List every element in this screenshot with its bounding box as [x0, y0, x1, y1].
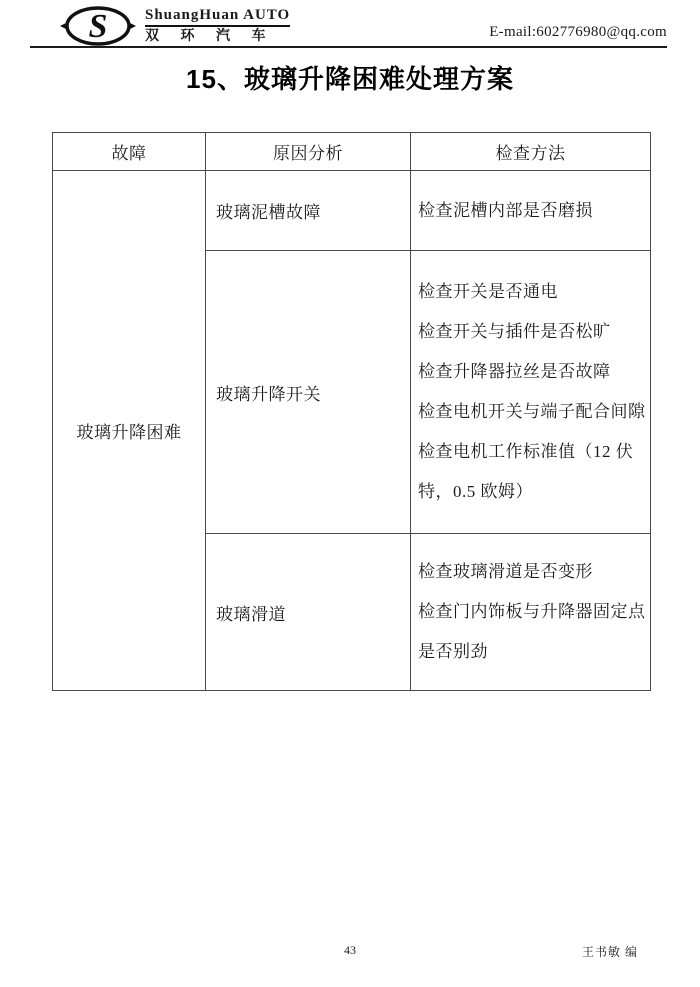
method-item: 检查开关是否通电: [418, 272, 648, 312]
cause-cell: 玻璃泥槽故障: [206, 171, 411, 251]
column-header-fault: 故障: [53, 133, 206, 171]
method-item: 检查玻璃滑道是否变形: [418, 552, 648, 592]
brand-name-english: ShuangHuan AUTO: [145, 6, 290, 27]
troubleshooting-table: 故障 原因分析 检查方法 玻璃升降困难 玻璃泥槽故障 检查泥槽内部是否磨损 玻璃…: [52, 132, 651, 691]
method-item: 检查开关与插件是否松旷: [418, 312, 648, 352]
method-cell: 检查开关是否通电 检查开关与插件是否松旷 检查升降器拉丝是否故障 检查电机开关与…: [411, 251, 651, 534]
method-item: 检查升降器拉丝是否故障: [418, 352, 648, 392]
header-divider: [30, 46, 667, 48]
brand-logo: S ShuangHuan AUTO 双 环 汽 车: [58, 5, 290, 47]
method-cell: 检查玻璃滑道是否变形 检查门内饰板与升降器固定点是否别劲: [411, 534, 651, 691]
brand-name-chinese: 双 环 汽 车: [145, 27, 290, 46]
method-item: 检查电机工作标准值（12 伏特，0.5 欧姆）: [418, 432, 648, 512]
editor-credit: 王书敏 编: [582, 943, 638, 960]
method-item: 检查门内饰板与升降器固定点是否别劲: [418, 592, 648, 672]
document-page: S ShuangHuan AUTO 双 环 汽 车 E-mail:6027769…: [0, 0, 700, 987]
table-header-row: 故障 原因分析 检查方法: [53, 133, 651, 171]
table-row: 玻璃升降困难 玻璃泥槽故障 检查泥槽内部是否磨损: [53, 171, 651, 251]
svg-text:S: S: [89, 8, 108, 45]
brand-text: ShuangHuan AUTO 双 环 汽 车: [145, 6, 290, 46]
fault-cell: 玻璃升降困难: [53, 171, 206, 691]
contact-email: E-mail:602776980@qq.com: [489, 24, 667, 41]
column-header-cause: 原因分析: [206, 133, 411, 171]
method-item: 检查电机开关与端子配合间隙: [418, 392, 648, 432]
cause-cell: 玻璃升降开关: [206, 251, 411, 534]
column-header-method: 检查方法: [411, 133, 651, 171]
shuanghuan-s-emblem-icon: S: [58, 5, 138, 47]
method-cell: 检查泥槽内部是否磨损: [411, 171, 651, 251]
page-title: 15、玻璃升降困难处理方案: [0, 59, 700, 96]
method-item: 检查泥槽内部是否磨损: [418, 191, 648, 231]
cause-cell: 玻璃滑道: [206, 534, 411, 691]
